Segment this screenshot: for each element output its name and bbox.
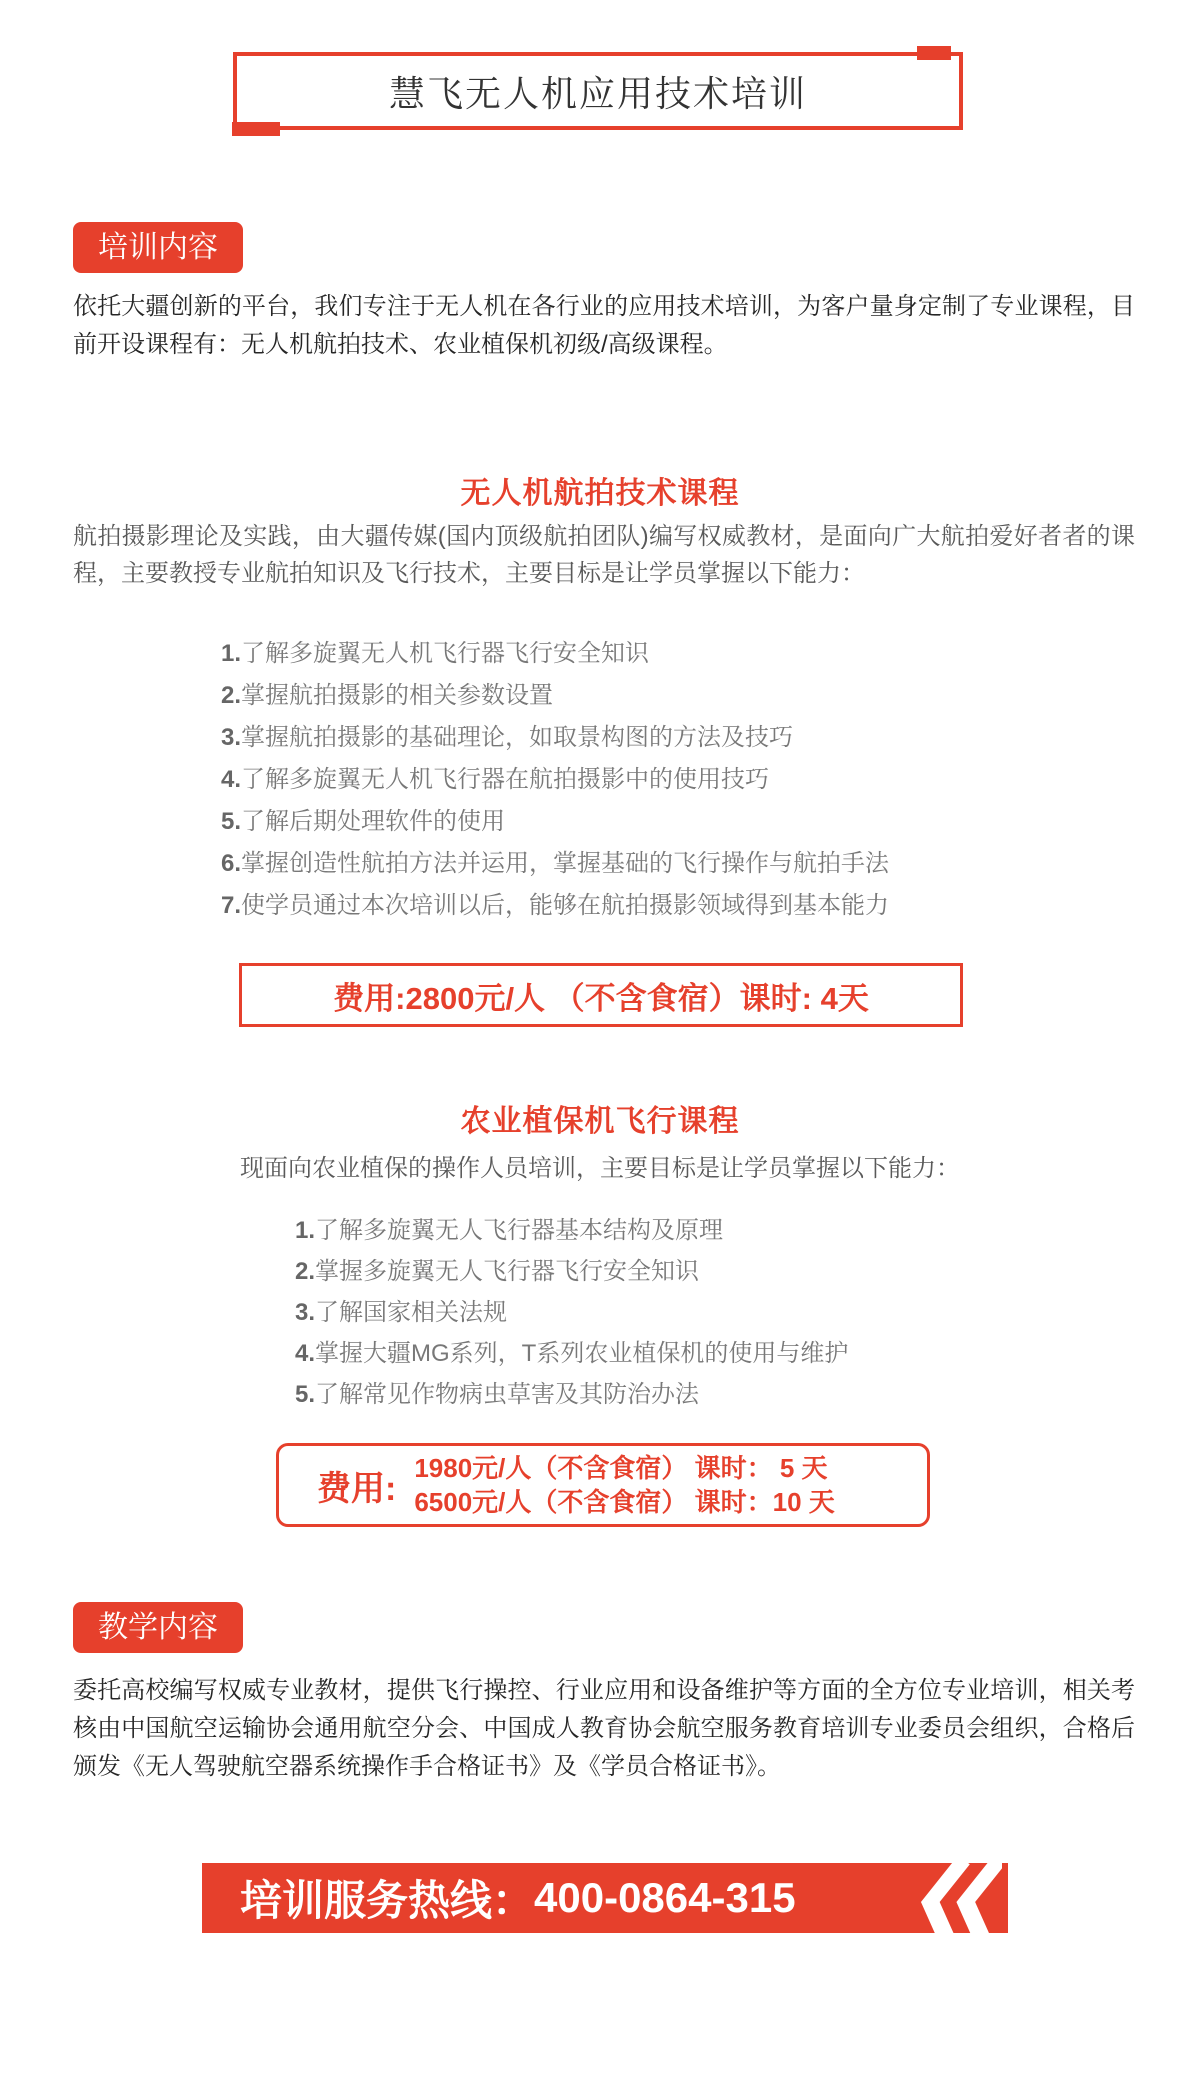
fee-line-2: 6500元/人（不含食宿） 课时：10 天 (414, 1485, 834, 1519)
list-item-text: 掌握大疆MG系列，T系列农业植保机的使用与维护 (315, 1340, 848, 1367)
hotline-label: 培训服务热线： (240, 1868, 534, 1928)
list-item-text: 掌握多旋翼无人飞行器飞行安全知识 (315, 1258, 699, 1285)
agriculture-course-title: 农业植保机飞行课程 (0, 1096, 1200, 1140)
aerial-course-fee-box: 费用:2800元/人 （不含食宿）课时: 4天 (239, 963, 963, 1027)
fee-lines: 1980元/人（不含食宿） 课时： 5 天 6500元/人（不含食宿） 课时：1… (414, 1451, 834, 1519)
fee-label: 费用: (317, 1461, 396, 1510)
list-item: 4.掌握大疆MG系列，T系列农业植保机的使用与维护 (295, 1333, 848, 1374)
list-item-text: 了解常见作物病虫草害及其防治办法 (315, 1381, 699, 1408)
agriculture-course-description: 现面向农业植保的操作人员培训，主要目标是让学员掌握以下能力： (0, 1148, 1200, 1183)
hotline-banner: 培训服务热线：400-0864-315 (202, 1863, 1008, 1933)
list-item: 3.了解国家相关法规 (295, 1292, 848, 1333)
page-title: 慧飞无人机应用技术培训 (389, 66, 807, 117)
fee-line-1: 1980元/人（不含食宿） 课时： 5 天 (414, 1451, 834, 1485)
list-item: 2.掌握多旋翼无人飞行器飞行安全知识 (295, 1251, 848, 1292)
list-item-number: 1. (295, 1217, 315, 1244)
list-item: 5.了解后期处理软件的使用 (221, 801, 889, 843)
list-item-text: 掌握航拍摄影的基础理论，如取景构图的方法及技巧 (241, 724, 793, 751)
training-content-badge: 培训内容 (73, 222, 243, 273)
list-item-number: 5. (295, 1381, 315, 1408)
list-item-number: 4. (221, 766, 241, 793)
list-item-number: 7. (221, 892, 241, 919)
header-title-box: 慧飞无人机应用技术培训 (233, 52, 963, 130)
aerial-course-fee-text: 费用:2800元/人 （不含食宿）课时: 4天 (333, 973, 869, 1018)
list-item-text: 了解多旋翼无人飞行器基本结构及原理 (315, 1217, 723, 1244)
list-item: 4.了解多旋翼无人机飞行器在航拍摄影中的使用技巧 (221, 759, 889, 801)
agriculture-fee-box: 费用: 1980元/人（不含食宿） 课时： 5 天 6500元/人（不含食宿） … (276, 1443, 930, 1527)
aerial-course-title: 无人机航拍技术课程 (0, 468, 1200, 512)
promo-page: 慧飞无人机应用技术培训 培训内容 依托大疆创新的平台，我们专注于无人机在各行业的… (0, 0, 1200, 2074)
list-item-text: 了解后期处理软件的使用 (241, 808, 505, 835)
list-item-number: 5. (221, 808, 241, 835)
list-item-number: 3. (221, 724, 241, 751)
hotline-number: 400-0864-315 (534, 1874, 796, 1922)
list-item-number: 3. (295, 1299, 315, 1326)
list-item-text: 了解多旋翼无人机飞行器飞行安全知识 (241, 640, 649, 667)
list-item: 7.使学员通过本次培训以后，能够在航拍摄影领域得到基本能力 (221, 885, 889, 927)
aerial-course-description: 航拍摄影理论及实践，由大疆传媒(国内顶级航拍团队)编写权威教材，是面向广大航拍爱… (73, 518, 1135, 592)
corner-tab-bottom-left (232, 122, 280, 136)
list-item-number: 2. (295, 1258, 315, 1285)
list-item: 6.掌握创造性航拍方法并运用，掌握基础的飞行操作与航拍手法 (221, 843, 889, 885)
teaching-content-badge: 教学内容 (73, 1602, 243, 1653)
list-item-number: 4. (295, 1340, 315, 1367)
list-item-number: 6. (221, 850, 241, 877)
list-item-number: 1. (221, 640, 241, 667)
list-item-number: 2. (221, 682, 241, 709)
list-item-text: 了解多旋翼无人机飞行器在航拍摄影中的使用技巧 (241, 766, 769, 793)
list-item: 3.掌握航拍摄影的基础理论，如取景构图的方法及技巧 (221, 717, 889, 759)
list-item-text: 掌握创造性航拍方法并运用，掌握基础的飞行操作与航拍手法 (241, 850, 889, 877)
corner-tab-top-right (917, 46, 951, 60)
list-item: 1.了解多旋翼无人机飞行器飞行安全知识 (221, 633, 889, 675)
list-item-text: 使学员通过本次培训以后，能够在航拍摄影领域得到基本能力 (241, 892, 889, 919)
list-item: 2.掌握航拍摄影的相关参数设置 (221, 675, 889, 717)
list-item-text: 了解国家相关法规 (315, 1299, 507, 1326)
list-item: 1.了解多旋翼无人飞行器基本结构及原理 (295, 1210, 848, 1251)
training-content-intro: 依托大疆创新的平台，我们专注于无人机在各行业的应用技术培训，为客户量身定制了专业… (73, 288, 1135, 364)
aerial-course-list: 1.了解多旋翼无人机飞行器飞行安全知识 2.掌握航拍摄影的相关参数设置 3.掌握… (221, 633, 889, 927)
list-item: 5.了解常见作物病虫草害及其防治办法 (295, 1374, 848, 1415)
list-item-text: 掌握航拍摄影的相关参数设置 (241, 682, 553, 709)
double-chevron-left-icon (918, 1854, 1002, 1950)
agriculture-course-list: 1.了解多旋翼无人飞行器基本结构及原理 2.掌握多旋翼无人飞行器飞行安全知识 3… (295, 1210, 848, 1415)
teaching-content-body: 委托高校编写权威专业教材，提供飞行操控、行业应用和设备维护等方面的全方位专业培训… (73, 1672, 1135, 1786)
